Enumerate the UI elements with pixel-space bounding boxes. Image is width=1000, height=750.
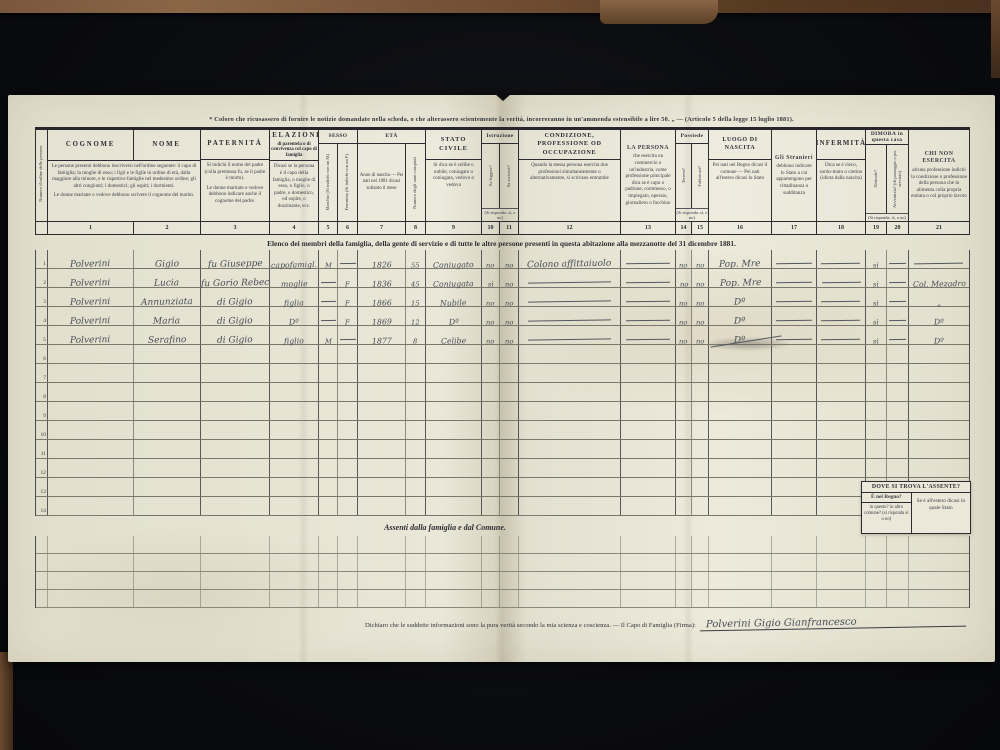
cell-nome: [133, 440, 200, 458]
subcolumn: Fabbricati?: [691, 144, 707, 208]
cell-persona: [620, 572, 675, 589]
cell-stranieri: [771, 383, 816, 401]
cell-paternita: [200, 421, 269, 439]
cell-stato: [425, 440, 481, 458]
cell-infermita: [816, 421, 865, 439]
cell-sesso_m: [318, 402, 337, 420]
pen-stroke: [626, 339, 670, 341]
column-numbers: 1415: [676, 221, 708, 234]
cell-stato: [425, 383, 481, 401]
cell-sesso_f: [337, 572, 357, 589]
cell-scrive: no: [499, 326, 518, 344]
subcolumn-label: Maschio (Si indichi con un M): [325, 154, 330, 211]
cell-stranieri: [771, 572, 816, 589]
cell-scrive: [499, 590, 518, 607]
pen-stroke: [776, 263, 812, 265]
column-numbers: 56: [319, 221, 357, 234]
cell-scrive: [499, 345, 518, 363]
column-number: 11: [499, 222, 518, 234]
cell-paternita: di Gigio: [200, 307, 269, 325]
column-numbers: 12: [519, 221, 620, 234]
cell-infermita: [816, 364, 865, 382]
cell-condizione: [518, 288, 620, 306]
cell-paternita: [200, 345, 269, 363]
desc-main: Dica se è cieco, sordo-muto o cretino (i…: [819, 162, 863, 182]
cell-dimora_ab: sì: [865, 250, 886, 268]
cell-anno: 1869: [357, 307, 405, 325]
cell-sesso_f: [337, 590, 357, 607]
cell-chi_non: [908, 250, 969, 268]
cell-sesso_f: [337, 478, 357, 496]
pen-stroke: [821, 301, 860, 303]
cell-paternita: fu Giuseppe: [200, 250, 269, 268]
cell-chi_non: [908, 345, 969, 363]
pen-stroke: [889, 301, 906, 302]
column-number: 19: [866, 222, 886, 234]
cell-anno: [357, 497, 405, 515]
column-number: 12: [519, 222, 620, 234]
cell-anni: [405, 554, 425, 571]
cell-sesso_f: [337, 497, 357, 515]
answer-note: (Si risponda: sì, o no): [866, 213, 908, 221]
column-desc: Gli Stranieridebbono indicare lo Stato a…: [772, 130, 816, 221]
cell-paternita: fu Gorio Rebec: [200, 269, 269, 287]
subcolumn-label: Sa scrivere?: [506, 165, 511, 187]
cell-persona: [620, 440, 675, 458]
column-numbers: 12: [48, 221, 200, 234]
column-number: 9: [426, 222, 481, 234]
cell-dimora_ab: sì: [865, 326, 886, 344]
answer-note: (Si risponda: sì, o no): [482, 208, 518, 221]
cell-relazione: [269, 572, 318, 589]
cell-anni: 45: [405, 269, 425, 287]
cell-chi_non: [908, 536, 969, 553]
column-numbers: 16: [709, 221, 771, 234]
column-number: 13: [621, 222, 675, 234]
header-col-condizione: CONDIZIONE, PROFESSIONE OD OCCUPAZIONEQu…: [518, 130, 620, 234]
subcolumn: Anno di nascita — Pei nati nel 1881 dica…: [358, 144, 405, 221]
cell-condizione: [518, 554, 620, 571]
table-body: 1PolveriniGigiofu Giuseppecapofamigl.M18…: [35, 250, 970, 516]
cell-sesso_f: [337, 421, 357, 439]
subcolumn: Sa scrivere?: [499, 144, 517, 208]
head-of-family-signature: Polverini Gigio Gianfrancesco: [700, 615, 966, 632]
cell-anni: [405, 459, 425, 477]
cell-nome: [133, 536, 200, 553]
header-col-infermita: INFERMITÀDica se è cieco, sordo-muto o c…: [816, 130, 865, 234]
cell-legge: [481, 364, 499, 382]
table-row: 13: [36, 478, 969, 497]
cell-dimora_ab: [865, 402, 886, 420]
cell-dimora_ab: [865, 364, 886, 382]
cell-nome: [133, 345, 200, 363]
pen-stroke: [776, 282, 812, 284]
cell-sesso_m: [318, 554, 337, 571]
pen-stroke: [528, 319, 611, 321]
cell-stato: [425, 536, 481, 553]
cell-condizione: [518, 345, 620, 363]
cell-sesso_m: M: [318, 250, 337, 268]
cell-terreni: [675, 345, 691, 363]
header-col-possiede: PossiedeTerreni?Fabbricati?(Si risponda:…: [675, 130, 708, 234]
table-row: 8: [36, 383, 969, 402]
cell-dimora_avv: [886, 364, 908, 382]
cell-luogo: [708, 572, 771, 589]
cell-cognome: [47, 497, 133, 515]
cell-stato: [425, 402, 481, 420]
cell-chi_non: [908, 459, 969, 477]
subcolumn: Femmina (Si indichi con un F): [337, 144, 356, 221]
subcolumns: Sa leggere?Sa scrivere?: [482, 144, 518, 208]
column-title: Possiede: [676, 130, 708, 144]
cell-chi_non: [908, 554, 969, 571]
column-numbers: 1011: [482, 221, 518, 234]
cell-condizione: [518, 497, 620, 515]
cell-sesso_f: [337, 326, 357, 344]
pen-stroke: [528, 338, 611, 340]
cell-terreni: [675, 554, 691, 571]
cell-paternita: [200, 402, 269, 420]
wooden-table-edge-left: [0, 652, 13, 750]
cell-fabbricati: no: [691, 288, 708, 306]
column-desc: LA PERSONAche esercita un commercio o un…: [621, 130, 675, 221]
cell-paternita: di Gigio: [200, 288, 269, 306]
column-number: 18: [817, 222, 865, 234]
cell-persona: [620, 536, 675, 553]
cell-stato: [425, 497, 481, 515]
row-number-column-label: Numero d'ordine delle persone: [39, 132, 44, 216]
cell-infermita: [816, 590, 865, 607]
table-row: 11: [36, 440, 969, 459]
column-desc: Si indichi il nome del padre (colla prem…: [201, 160, 269, 221]
cell-relazione: [269, 421, 318, 439]
cell-dimora_ab: sì: [865, 307, 886, 325]
cell-scrive: [499, 383, 518, 401]
cell-stranieri: [771, 440, 816, 458]
cell-stato: Nubile: [425, 288, 481, 306]
wooden-table-edge: [0, 0, 1000, 13]
cell-persona: [620, 383, 675, 401]
column-numbers: [36, 221, 47, 234]
pen-stroke: [528, 300, 611, 302]
column-numbers: 18: [817, 221, 865, 234]
cell-anni: [405, 345, 425, 363]
cell-luogo: [708, 421, 771, 439]
cell-luogo: [708, 590, 771, 607]
cell-anno: [357, 554, 405, 571]
cell-stato: Dº: [425, 307, 481, 325]
row-number: [36, 590, 47, 607]
cell-anno: [357, 572, 405, 589]
cell-stato: Coniugato: [425, 250, 481, 268]
cell-relazione: [269, 497, 318, 515]
cell-stranieri: [771, 536, 816, 553]
column-desc: CHI NON ESERCITAalcuna professione indic…: [909, 130, 969, 221]
cell-nome: Maria: [133, 307, 200, 325]
subcolumn: Abituale?: [866, 145, 886, 213]
pen-stroke: [889, 282, 906, 283]
subcolumn: Numero degli anni compiuti: [405, 144, 424, 221]
cell-persona: [620, 478, 675, 496]
table-row: 14: [36, 497, 969, 516]
pen-stroke: [914, 263, 963, 265]
cell-condizione: [518, 536, 620, 553]
cell-chi_non: [908, 402, 969, 420]
cell-luogo: [708, 459, 771, 477]
cell-sesso_f: [337, 364, 357, 382]
title-text: PATERNITÀ: [207, 140, 262, 149]
cell-sesso_m: [318, 288, 337, 306]
cell-chi_non: [908, 572, 969, 589]
cell-infermita: [816, 307, 865, 325]
cell-dimora_avv: [886, 402, 908, 420]
subcolumns: Terreni?Fabbricati?: [676, 144, 708, 208]
pen-stroke: [821, 320, 860, 322]
cell-fabbricati: [691, 478, 708, 496]
cell-persona: [620, 288, 675, 306]
cell-condizione: [518, 307, 620, 325]
cell-stranieri: [771, 421, 816, 439]
cell-paternita: di Gigio: [200, 326, 269, 344]
cell-scrive: [499, 536, 518, 553]
cell-terreni: [675, 421, 691, 439]
dove-regno-desc: in questo? in altro comune? (si risponda…: [863, 505, 910, 523]
table-row: 2PolveriniLuciafu Gorio RebecmoglieF1836…: [36, 269, 969, 288]
cell-legge: [481, 345, 499, 363]
cell-scrive: [499, 440, 518, 458]
cell-anni: [405, 478, 425, 496]
title-text: LUOGO DI NASCITA: [710, 137, 770, 153]
cell-fabbricati: [691, 536, 708, 553]
cell-stranieri: [771, 364, 816, 382]
column-title: INFERMITÀ: [817, 130, 865, 160]
cell-fabbricati: [691, 590, 708, 607]
row-number: 9: [36, 402, 47, 420]
cell-luogo: [708, 440, 771, 458]
cell-relazione: Dº: [269, 307, 318, 325]
cell-stranieri: [771, 250, 816, 268]
cell-chi_non: Col. Mezadro: [908, 269, 969, 287]
row-number: 12: [36, 459, 47, 477]
cell-dimora_ab: [865, 440, 886, 458]
cell-sesso_f: [337, 536, 357, 553]
cell-infermita: [816, 326, 865, 344]
cell-cognome: Polverini: [47, 269, 133, 287]
cell-relazione: [269, 554, 318, 571]
cell-nome: Lucia: [133, 269, 200, 287]
column-title: Istruzione: [482, 130, 518, 144]
cell-persona: [620, 497, 675, 515]
cell-chi_non: [908, 364, 969, 382]
cell-sesso_f: [337, 383, 357, 401]
cell-legge: [481, 421, 499, 439]
cell-cognome: [47, 590, 133, 607]
desc-extra: Le donne maritate o vedove debbono indic…: [203, 185, 267, 205]
cell-dimora_avv: [886, 288, 908, 306]
cell-paternita: [200, 478, 269, 496]
cell-fabbricati: [691, 383, 708, 401]
column-numbers: 21: [909, 221, 969, 234]
cell-nome: [133, 478, 200, 496]
cell-fabbricati: [691, 345, 708, 363]
cell-sesso_m: [318, 345, 337, 363]
cell-relazione: capofamigl.: [269, 250, 318, 268]
subcolumn-label: Fabbricati?: [697, 166, 702, 187]
cell-condizione: [518, 440, 620, 458]
cell-anni: [405, 402, 425, 420]
cell-dimora_avv: [886, 383, 908, 401]
column-desc: Dicasi se la persona è il capo della fam…: [270, 161, 318, 221]
cell-sesso_m: [318, 364, 337, 382]
cell-terreni: [675, 364, 691, 382]
cell-cognome: Polverini: [47, 307, 133, 325]
cell-cognome: Polverini: [47, 288, 133, 306]
column-desc: Pei nati nel Regno dicasi il comune — Pe…: [709, 160, 771, 221]
cell-persona: [620, 345, 675, 363]
cell-dimora_ab: sì: [865, 288, 886, 306]
cell-fabbricati: no: [691, 269, 708, 287]
cell-sesso_m: [318, 497, 337, 515]
cell-anni: 12: [405, 307, 425, 325]
cell-fabbricati: [691, 497, 708, 515]
photo-of-census-sheet: * Coloro che ricusassero di fornire le n…: [0, 0, 1000, 750]
desc-extra: Le donne maritate o vedove debbono scriv…: [50, 192, 198, 199]
cell-infermita: [816, 536, 865, 553]
cell-relazione: [269, 345, 318, 363]
cell-relazione: [269, 478, 318, 496]
column-title: NOME: [133, 130, 199, 160]
cell-terreni: [675, 440, 691, 458]
pen-stroke: [321, 301, 336, 302]
header-col-eta: ETÀAnno di nascita — Pei nati nel 1881 d…: [357, 130, 425, 234]
subcolumn: Sa leggere?: [482, 144, 499, 208]
cell-dimora_ab: [865, 536, 886, 553]
cell-terreni: [675, 572, 691, 589]
cell-cognome: [47, 554, 133, 571]
cell-paternita: [200, 440, 269, 458]
pen-stroke: [528, 281, 611, 283]
table-row: 3PolveriniAnnunziatadi GigiofigliaF18661…: [36, 288, 969, 307]
cell-anno: [357, 459, 405, 477]
table-row: 9: [36, 402, 969, 421]
row-number: 7: [36, 364, 47, 382]
cell-infermita: [816, 572, 865, 589]
header-col-rownum: Numero d'ordine delle persone: [36, 130, 47, 234]
cell-legge: [481, 536, 499, 553]
cell-nome: [133, 497, 200, 515]
cell-luogo: [708, 554, 771, 571]
cell-condizione: [518, 590, 620, 607]
pen-stroke: [626, 282, 670, 284]
column-desc: Le persone presenti debbono inscriversi …: [48, 161, 200, 221]
cell-anni: [405, 440, 425, 458]
cell-sesso_m: [318, 440, 337, 458]
cell-persona: [620, 250, 675, 268]
header-col-stato-civile: STATO CIVILESi dica se è celibe o nubile…: [425, 130, 481, 234]
pen-stroke: [822, 282, 861, 284]
cell-terreni: no: [675, 326, 691, 344]
cell-luogo: [708, 402, 771, 420]
row-number: [36, 554, 47, 571]
cell-sesso_f: [337, 554, 357, 571]
header-col-la-persona: LA PERSONAche esercita un commercio o un…: [620, 130, 675, 234]
cell-scrive: no: [499, 250, 518, 268]
cell-nome: [133, 364, 200, 382]
pen-stroke: [340, 263, 356, 264]
cell-relazione: [269, 383, 318, 401]
cell-condizione: [518, 572, 620, 589]
cell-anni: 15: [405, 288, 425, 306]
column-numbers: 9: [426, 221, 481, 234]
cell-sesso_m: [318, 536, 337, 553]
cell-terreni: [675, 497, 691, 515]
header-col-sesso: SESSOMaschio (Si indichi con un M)Femmin…: [318, 130, 357, 234]
cell-luogo: [708, 497, 771, 515]
cell-cognome: [47, 402, 133, 420]
assenti-section-title: Assenti dalla famiglia e dal Comune.: [35, 523, 855, 532]
cell-dimora_avv: [886, 307, 908, 325]
header-col-luogo-nascita: LUOGO DI NASCITAPei nati nel Regno dicas…: [708, 130, 771, 234]
cell-terreni: no: [675, 307, 691, 325]
cell-stato: Coniugata: [425, 269, 481, 287]
row-number: 2: [36, 269, 47, 287]
cell-cognome: [47, 440, 133, 458]
cell-anni: [405, 572, 425, 589]
table-row: 7: [36, 364, 969, 383]
cell-dimora_avv: [886, 269, 908, 287]
cell-stato: [425, 554, 481, 571]
pen-stroke: [340, 339, 356, 340]
header-col-istruzione: IstruzioneSa leggere?Sa scrivere?(Si ris…: [481, 130, 518, 234]
cell-legge: [481, 572, 499, 589]
cell-fabbricati: no: [691, 326, 708, 344]
cell-fabbricati: [691, 421, 708, 439]
cell-paternita: [200, 590, 269, 607]
cell-stato: [425, 364, 481, 382]
answer-note: (Si risponda: sì, o no): [676, 208, 708, 221]
cell-scrive: [499, 421, 518, 439]
column-number: 10: [482, 222, 499, 234]
cell-sesso_f: F: [337, 288, 357, 306]
cell-stranieri: [771, 497, 816, 515]
cell-fabbricati: no: [691, 307, 708, 325]
table-row: 10: [36, 421, 969, 440]
title-text: RELAZIONE: [269, 132, 318, 141]
cell-dimora_ab: [865, 421, 886, 439]
column-number: 20: [886, 222, 908, 234]
cell-persona: [620, 307, 675, 325]
pen-stroke: [776, 320, 812, 322]
column-title: STATO CIVILE: [426, 130, 481, 160]
table-row: [36, 536, 969, 554]
cell-anno: 1826: [357, 250, 405, 268]
cell-paternita: [200, 497, 269, 515]
cell-anno: [357, 536, 405, 553]
column-desc: Quando la stessa persona esercita due pr…: [519, 160, 620, 221]
cell-legge: [481, 590, 499, 607]
column-number: 7: [358, 222, 405, 234]
column-number: 4: [270, 222, 318, 234]
cell-fabbricati: no: [691, 250, 708, 268]
row-number: 13: [36, 478, 47, 496]
dove-box-title: DOVE SI TROVA L'ASSENTE?: [862, 482, 970, 493]
column-number: [36, 222, 47, 234]
cell-sesso_m: [318, 421, 337, 439]
desc-main: Si indichi il nome del padre (colla prem…: [203, 162, 267, 182]
cell-persona: [620, 459, 675, 477]
cell-sesso_m: [318, 590, 337, 607]
subcolumns: Maschio (Si indichi con un M)Femmina (Si…: [319, 144, 357, 221]
